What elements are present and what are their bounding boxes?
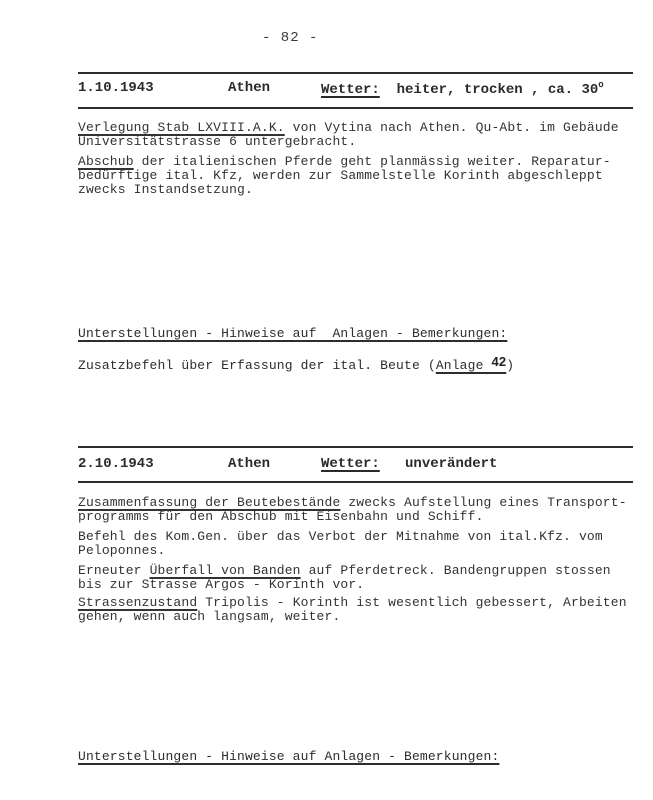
entry-place: Athen [228, 456, 270, 472]
entry-header: 1.10.1943 Athen Wetter: heiter, trocken … [78, 80, 633, 102]
paragraph-text: Erneuter [78, 563, 150, 578]
paragraph: Strassenzustand Tripolis - Korinth ist w… [78, 596, 638, 624]
weather: Wetter: unverändert [321, 456, 497, 472]
paragraph-text: der italienischen Pferde geht planmässig… [134, 154, 611, 169]
weather-label: Wetter: [321, 456, 380, 472]
paragraph-text: bedürftige ital. Kfz, werden zur Sammels… [78, 168, 603, 183]
notes-heading: Unterstellungen - Hinweise auf Anlagen -… [78, 326, 507, 341]
paragraph-heading: Abschub [78, 154, 134, 169]
paragraph-heading: Verlegung Stab LXVIII.A.K. [78, 120, 285, 135]
notes-heading: Unterstellungen - Hinweise auf Anlagen -… [78, 749, 499, 764]
weather-label: Wetter: [321, 82, 380, 98]
paragraph-heading: Überfall von Banden [150, 563, 301, 578]
paragraph-heading: Strassenzustand [78, 595, 197, 610]
paragraph: Befehl des Kom.Gen. über das Verbot der … [78, 530, 638, 558]
paragraph-text: programms für den Abschub mit Eisenbahn … [78, 509, 484, 524]
note-item: Zusatzbefehl über Erfassung der ital. Be… [78, 354, 514, 373]
paragraph-text: zwecks Aufstellung eines Transport- [340, 495, 626, 510]
paragraph-text: von Vytina nach Athen. Qu-Abt. im Gebäud… [285, 120, 619, 135]
rule-top [78, 446, 633, 448]
rule-bottom [78, 481, 633, 483]
paragraph: Abschub der italienischen Pferde geht pl… [78, 155, 638, 197]
paragraph-text: Tripolis - Korinth ist wesentlich gebess… [197, 595, 626, 610]
paragraph: Verlegung Stab LXVIII.A.K. von Vytina na… [78, 121, 638, 149]
annex-reference: Anlage 42 [436, 358, 506, 373]
paragraph: Erneuter Überfall von Banden auf Pferdet… [78, 564, 638, 592]
paragraph: Zusammenfassung der Beutebestände zwecks… [78, 496, 638, 524]
paragraph-text: des Kom.Gen. über das Verbot der Mitnahm… [126, 529, 603, 544]
note-text: Zusatzbefehl über Erfassung der ital. Be… [78, 358, 436, 373]
entry-date: 1.10.1943 [78, 80, 154, 96]
weather-value: unverändert [388, 456, 497, 472]
paragraph-text: Universitätstrasse 6 untergebracht. [78, 134, 356, 149]
weather: Wetter: heiter, trocken , ca. 30o [321, 80, 604, 98]
paragraph-heading: Befehl [78, 529, 126, 544]
entry-place: Athen [228, 80, 270, 96]
weather-value: heiter, trocken , ca. 30o [388, 82, 603, 98]
rule-bottom [78, 107, 633, 109]
paragraph-text: gehen, wenn auch langsam, weiter. [78, 609, 340, 624]
paragraph-text: Peloponnes. [78, 543, 165, 558]
paragraph-text: auf Pferdetreck. Bandengruppen stossen [301, 563, 611, 578]
rule-top [78, 72, 633, 74]
paragraph-heading: Zusammenfassung der Beutebestände [78, 495, 340, 510]
entry-date: 2.10.1943 [78, 456, 154, 472]
entry-header: 2.10.1943 Athen Wetter: unverändert [78, 456, 633, 478]
paragraph-text: bis zur Strasse Argos - Korinth vor. [78, 577, 364, 592]
page-number: - 82 - [262, 30, 318, 46]
paragraph-text: zwecks Instandsetzung. [78, 182, 253, 197]
